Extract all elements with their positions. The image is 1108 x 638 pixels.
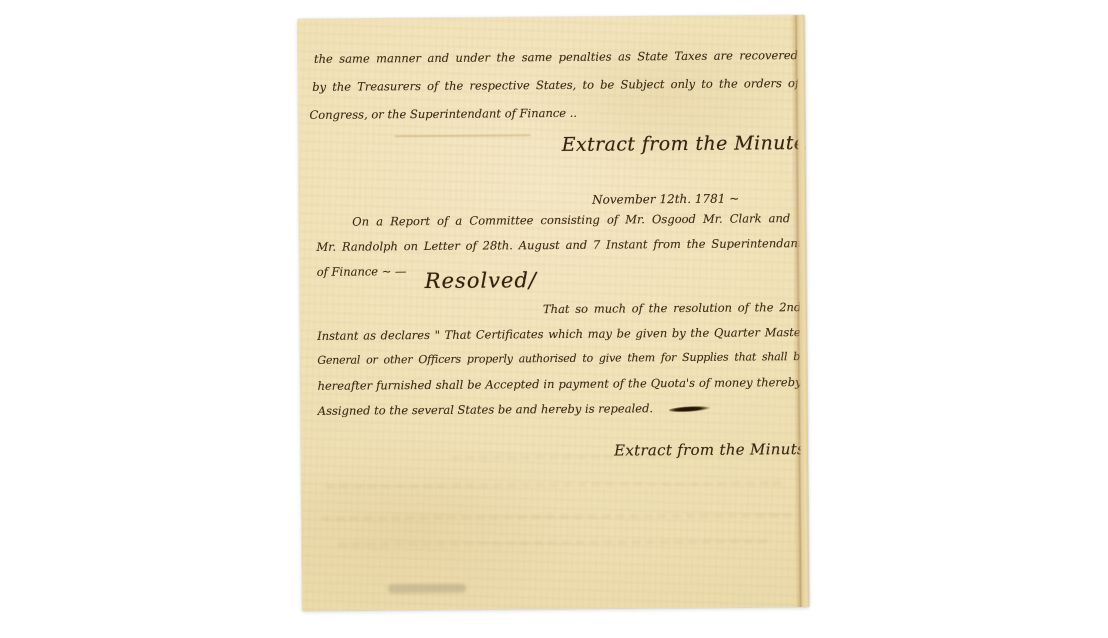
extract-heading-top: Extract from the Minutes- — [562, 132, 810, 156]
document-scan: the same manner and under the same penal… — [0, 0, 1108, 638]
manuscript-line: Congress, or the Superintendant of Finan… — [309, 106, 577, 122]
manuscript-page: the same manner and under the same penal… — [298, 15, 810, 611]
pencil-smudge — [388, 584, 466, 594]
manuscript-line: That so much of the resolution of the 2n… — [543, 300, 805, 316]
manuscript-line: of Finance ~ — — [317, 264, 407, 279]
manuscript-line: Assigned to the several States be and he… — [318, 401, 653, 418]
extract-heading-bottom: Extract from the Minuts — [614, 440, 805, 459]
resolved-heading: Resolved/ — [425, 268, 537, 293]
dateline: November 12th. 1781 ~ — [592, 192, 739, 207]
